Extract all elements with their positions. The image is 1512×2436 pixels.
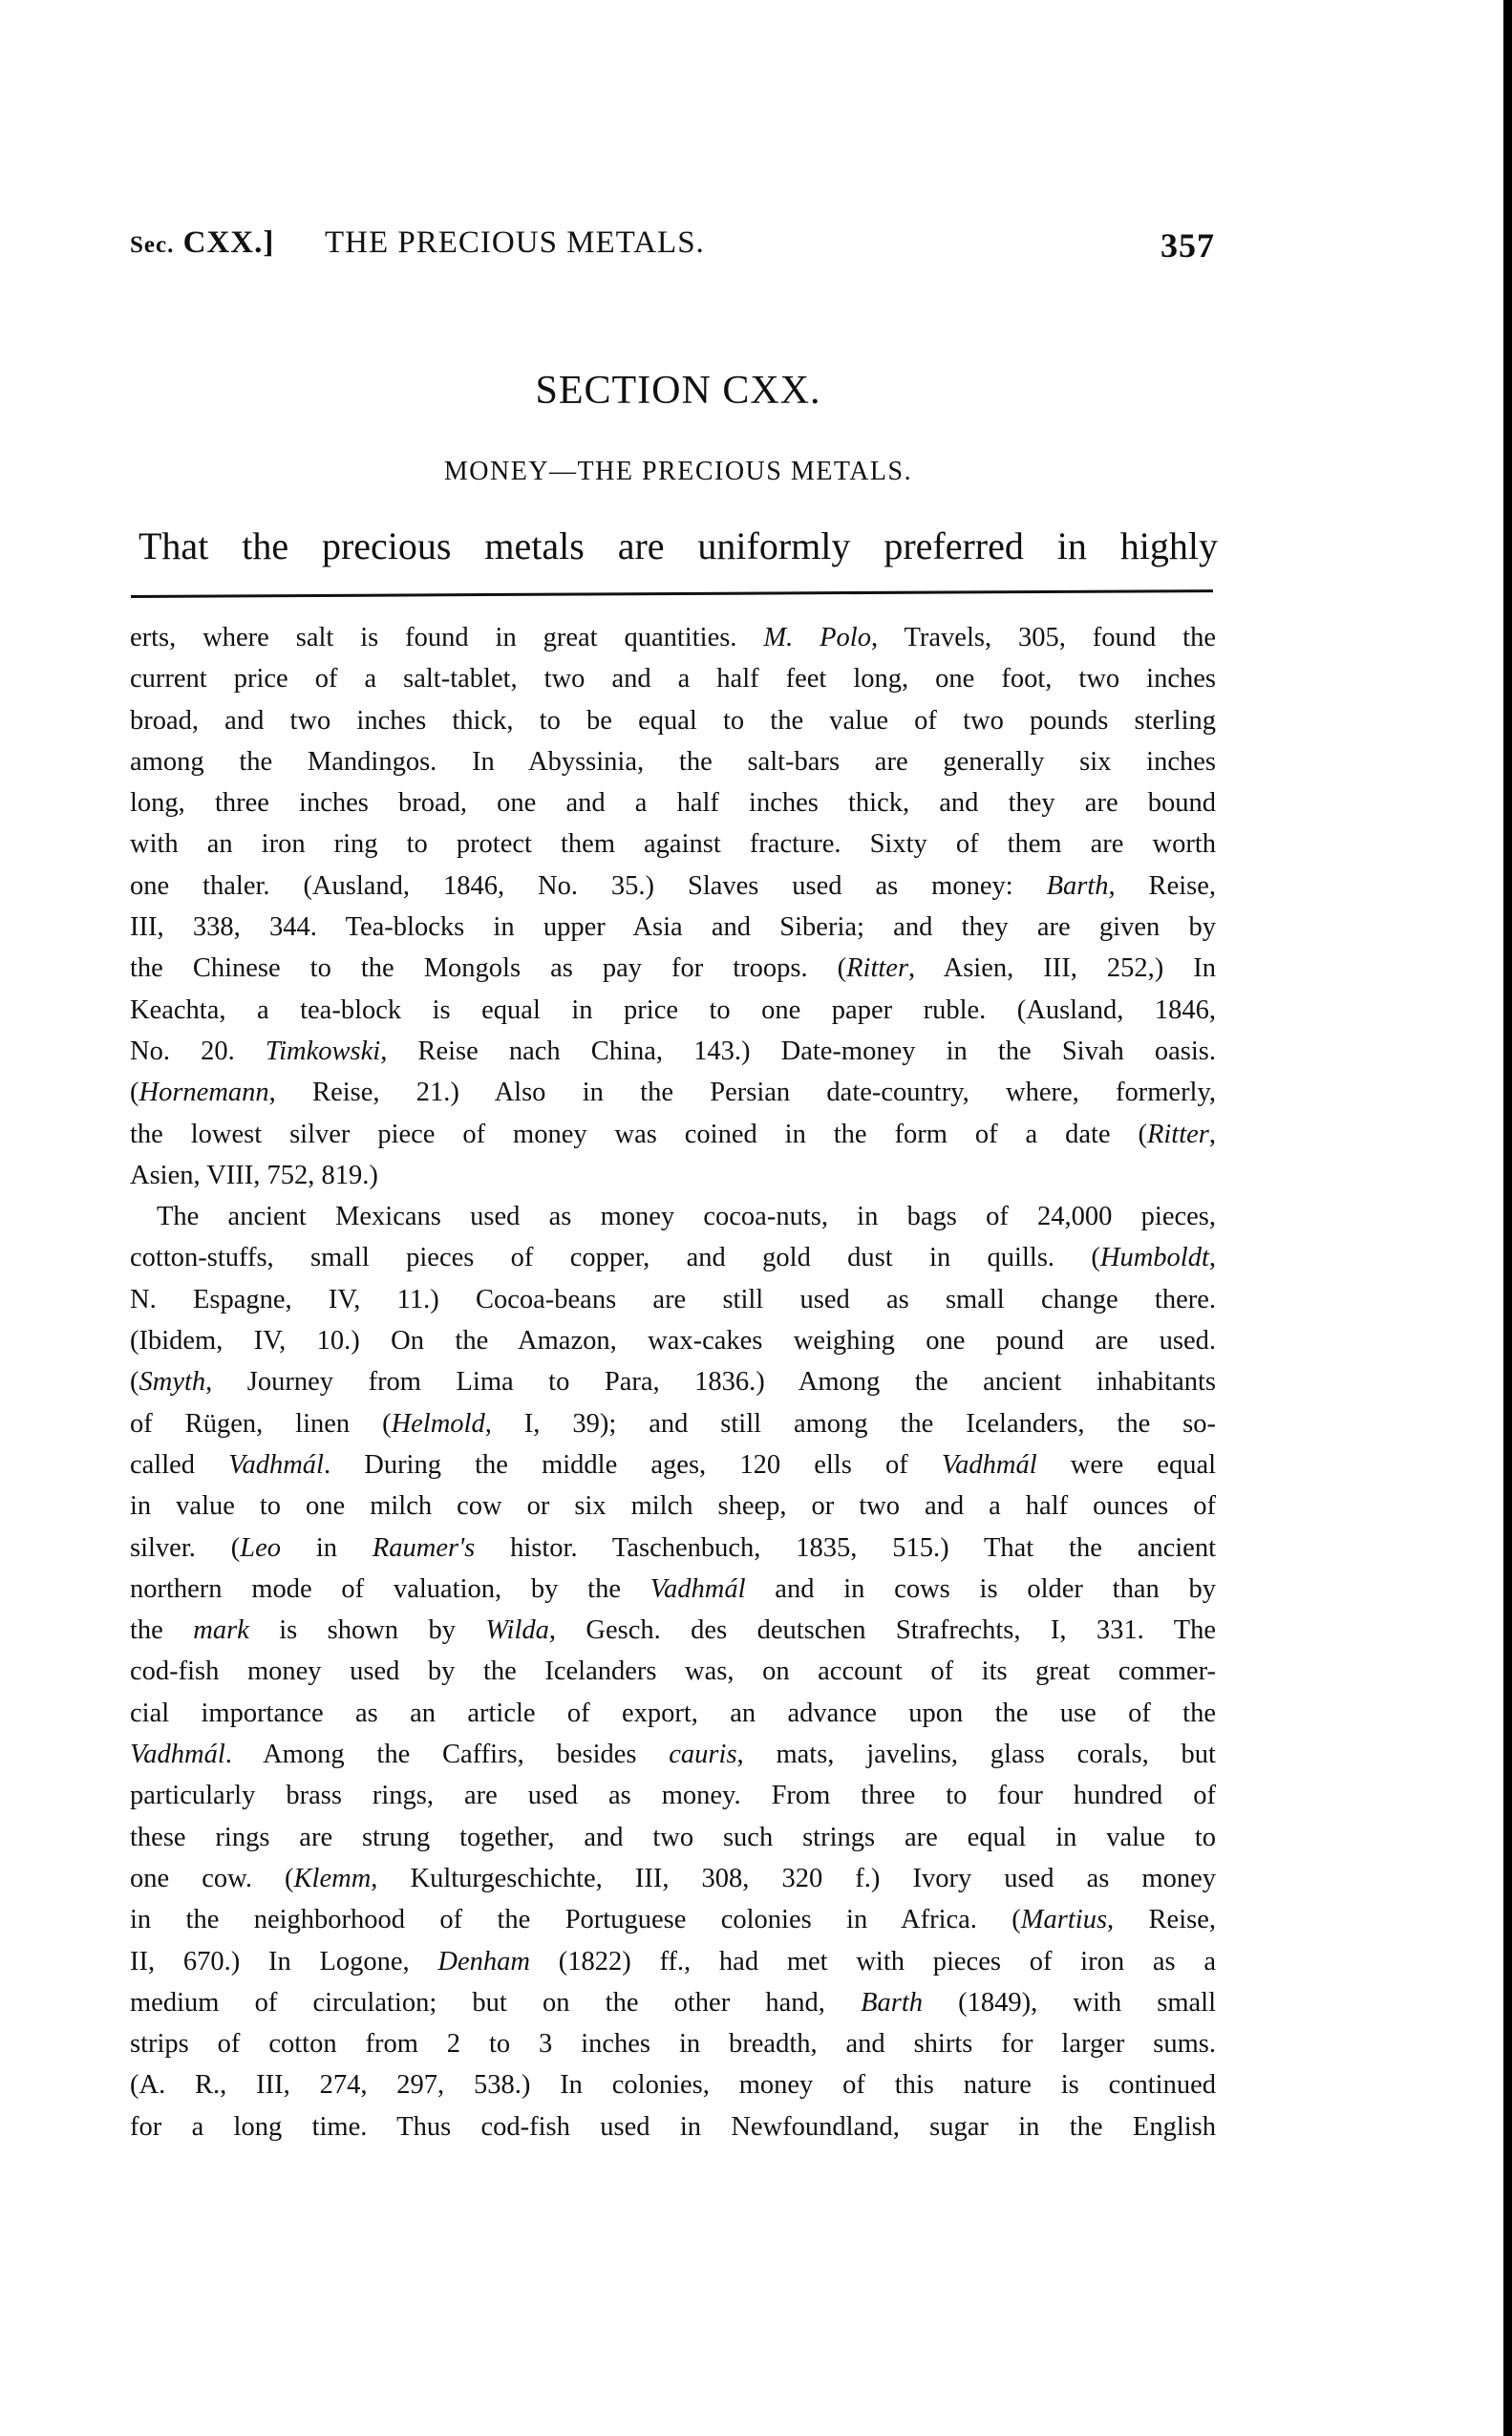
footnote-line: for a long time. Thus cod-fish used in N… [130,2106,1216,2148]
footnote-line: in the neighborhood of the Portuguese co… [130,1899,1216,1940]
body-text-lead: That the precious metals are uniformly p… [138,524,1218,568]
footnote-line: cial importance as an article of export,… [130,1693,1216,1734]
footnote-block: erts, where salt is found in great quant… [130,617,1216,2148]
footnote-line: one cow. (Klemm, Kulturgeschichte, III, … [130,1858,1216,1899]
running-head: Sec. CXX.] THE PRECIOUS METALS. 357 [130,225,1215,264]
page-number: 357 [1161,225,1215,266]
footnote-line: III, 338, 344. Tea-blocks in upper Asia … [130,907,1216,948]
footnote-line: Vadhmál. Among the Caffirs, besides caur… [130,1734,1216,1775]
running-head-sec-number: CXX.] [183,225,275,260]
footnote-line: one thaler. (Ausland, 1846, No. 35.) Sla… [130,865,1216,907]
footnote-line: broad, and two inches thick, to be equal… [130,700,1216,741]
page-edge-bar [1503,0,1512,2436]
running-head-section: Sec. CXX.] [130,225,274,261]
footnote-line: northern mode of valuation, by the Vadhm… [130,1569,1216,1610]
footnote-line: the Chinese to the Mongols as pay for tr… [130,948,1216,989]
footnote-line: strips of cotton from 2 to 3 inches in b… [130,2023,1216,2064]
footnote-line: cod-fish money used by the Icelanders wa… [130,1651,1216,1692]
footnote-line: (Ibidem, IV, 10.) On the Amazon, wax-cak… [130,1320,1216,1361]
footnote-line: cotton-stuffs, small pieces of copper, a… [130,1237,1216,1278]
footnote-line: No. 20. Timkowski, Reise nach China, 143… [130,1031,1216,1072]
footnote-line: with an iron ring to protect them agains… [130,823,1216,865]
footnote-line: (Smyth, Journey from Lima to Para, 1836.… [130,1361,1216,1402]
footnote-line: II, 670.) In Logone, Denham (1822) ff., … [130,1941,1216,1982]
footnote-line: (Hornemann, Reise, 21.) Also in the Pers… [130,1072,1216,1113]
footnote-line: in value to one milch cow or six milch s… [130,1485,1216,1527]
footnote-line: erts, where salt is found in great quant… [130,617,1216,658]
footnote-line: silver. (Leo in Raumer's histor. Taschen… [130,1528,1216,1569]
footnote-line: medium of circulation; but on the other … [130,1982,1216,2023]
footnote-rule [131,589,1213,598]
running-head-sec-label: Sec. [130,232,174,258]
section-title: SECTION CXX. [0,368,1356,414]
footnote-line: The ancient Mexicans used as money cocoa… [130,1196,1216,1237]
footnote-line: of Rügen, linen (Helmold, I, 39); and st… [130,1403,1216,1444]
running-head-title: THE PRECIOUS METALS. [325,225,705,261]
footnote-line: particularly brass rings, are used as mo… [130,1775,1216,1816]
footnote-line: these rings are strung together, and two… [130,1817,1216,1858]
footnote-line: the lowest silver piece of money was coi… [130,1114,1216,1155]
footnote-line: N. Espagne, IV, 11.) Cocoa-beans are sti… [130,1279,1216,1320]
footnote-line: called Vadhmál. During the middle ages, … [130,1444,1216,1485]
footnote-line: current price of a salt-tablet, two and … [130,658,1216,699]
footnote-line: among the Mandingos. In Abyssinia, the s… [130,741,1216,782]
footnote-line: Keachta, a tea-block is equal in price t… [130,990,1216,1031]
footnote-line: the mark is shown by Wilda, Gesch. des d… [130,1610,1216,1651]
footnote-line: long, three inches broad, one and a half… [130,782,1216,823]
footnote-line: (A. R., III, 274, 297, 538.) In colonies… [130,2064,1216,2105]
section-subtitle: MONEY—THE PRECIOUS METALS. [0,457,1356,487]
footnote-line: Asien, VIII, 752, 819.) [130,1155,1216,1196]
